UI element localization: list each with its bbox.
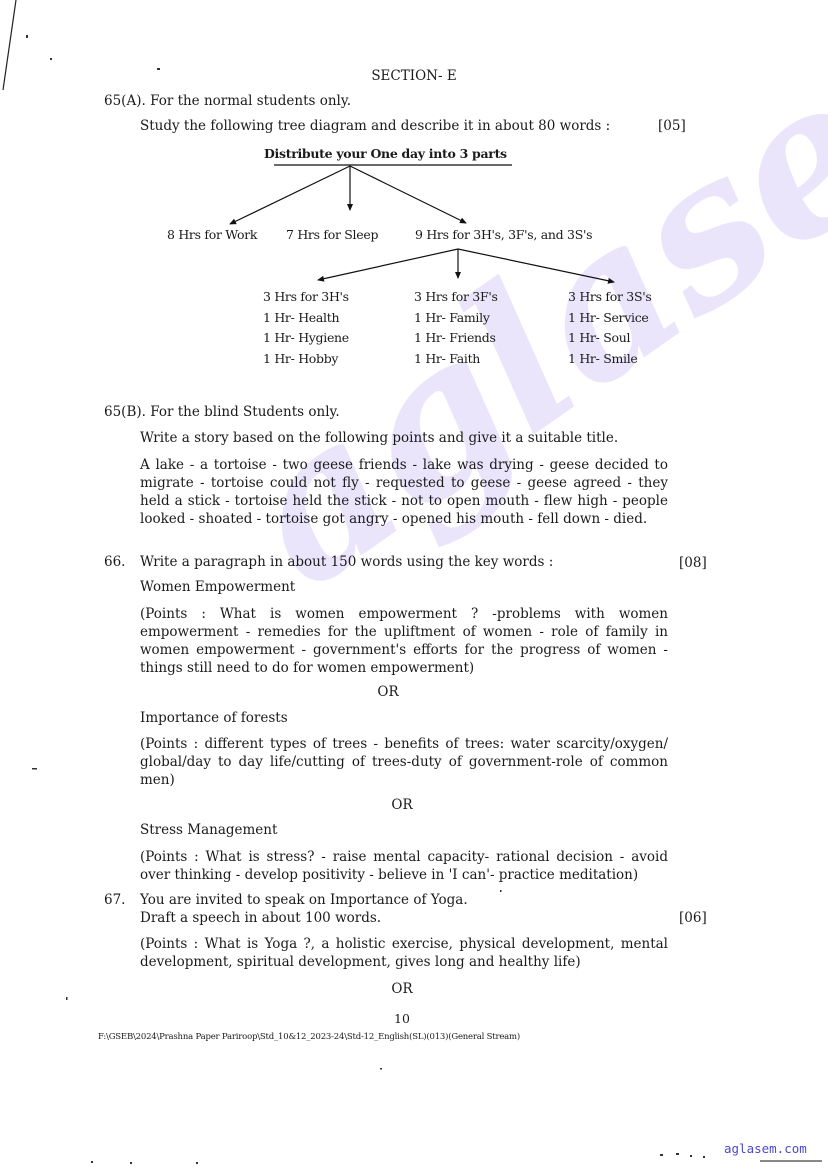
footer-artifacts	[0, 0, 828, 1168]
